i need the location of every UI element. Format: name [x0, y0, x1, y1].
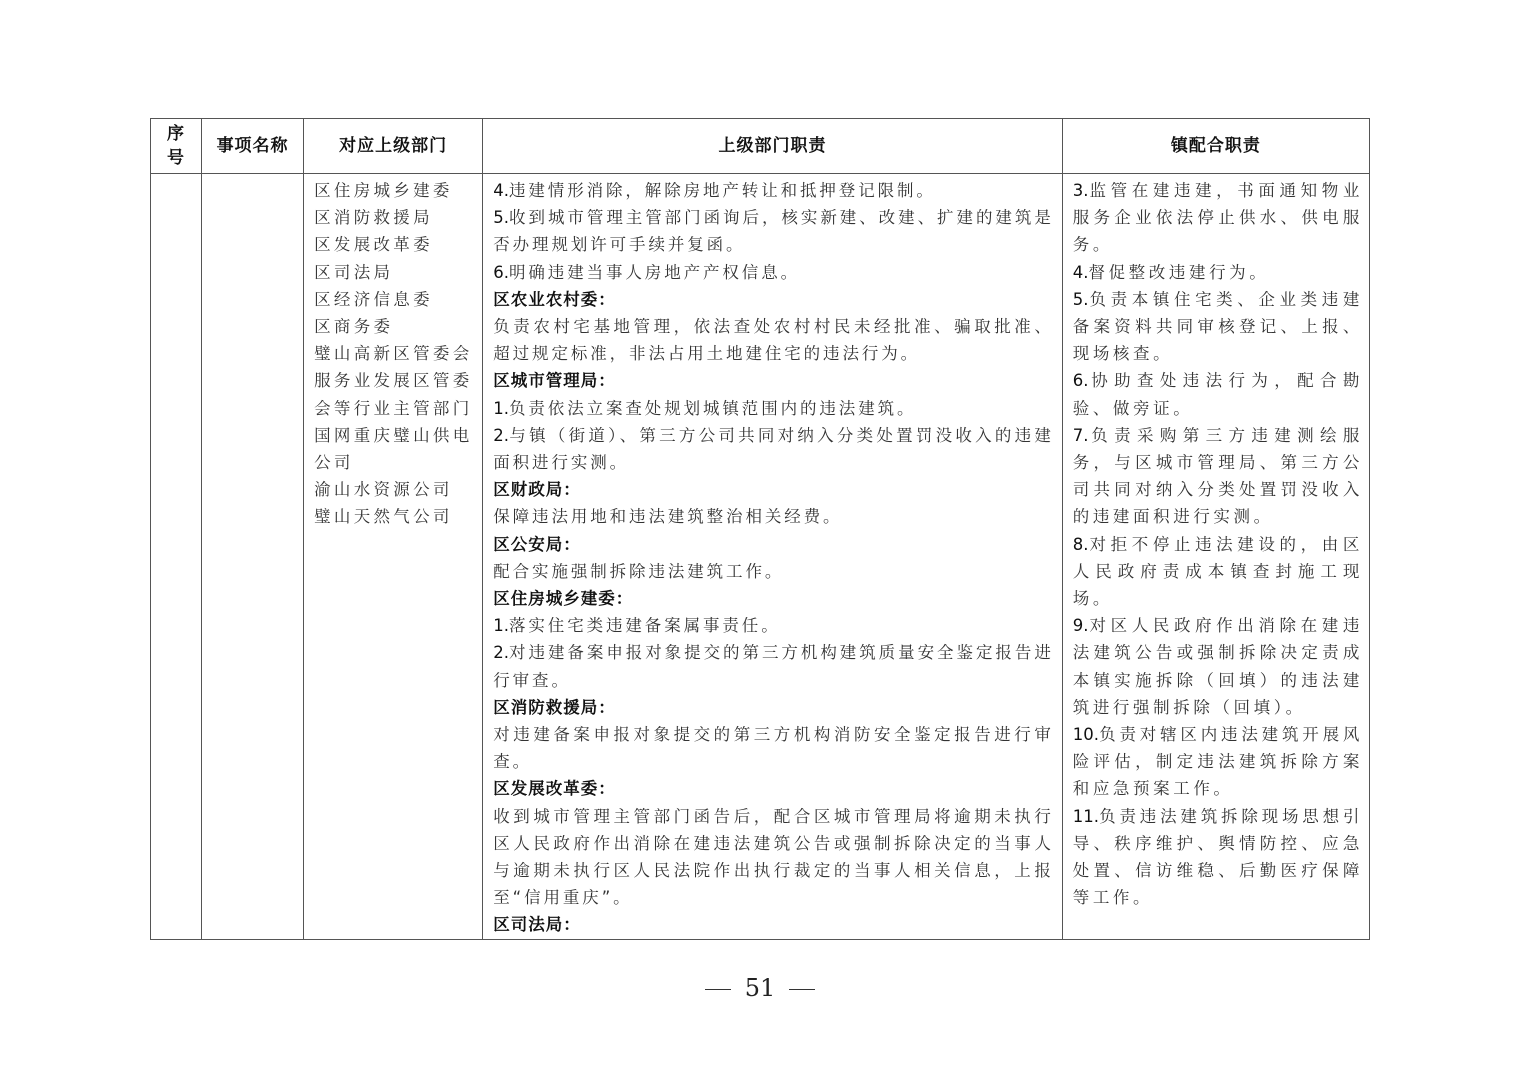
town-duty-item: 8.对拒不停止违法建设的，由区人民政府责成本镇查封施工现场。 [1073, 531, 1363, 613]
duty-item: 1.落实住宅类违建备案属事责任。 [493, 612, 1053, 639]
upper-dept-item: 渝山水资源公司 [314, 476, 474, 503]
upper-dept-item: 璧山天然气公司 [314, 503, 474, 530]
header-town-duty: 镇配合职责 [1062, 119, 1369, 174]
header-upper-duty: 上级部门职责 [483, 119, 1062, 174]
duty-item: 6.明确违建当事人房地产产权信息。 [493, 259, 1053, 286]
duty-number: 1. [493, 399, 509, 418]
town-duty-item: 10.负责对辖区内违法建筑开展风险评估，制定违法建筑拆除方案和应急预案工作。 [1073, 721, 1363, 803]
dept-heading: 区财政局： [493, 476, 1053, 503]
duty-table: 序 号 事项名称 对应上级部门 上级部门职责 镇配合职责 区住房城乡建委区消防救… [150, 118, 1370, 940]
duty-text: 对拒不停止违法建设的，由区人民政府责成本镇查封施工现场。 [1073, 535, 1363, 608]
duty-text: 督促整改违建行为。 [1088, 263, 1269, 282]
duty-text: 负责依法立案查处规划城镇范围内的违法建筑。 [509, 399, 916, 418]
dept-heading: 区公安局： [493, 531, 1053, 558]
dept-heading: 区消防救援局： [493, 694, 1053, 721]
duty-number: 1. [493, 616, 509, 635]
duty-number: 6. [493, 263, 509, 282]
cell-item-name [202, 174, 304, 940]
duty-item: 2.对违建备案申报对象提交的第三方机构建筑质量安全鉴定报告进行审查。 [493, 639, 1053, 693]
duty-text: 与镇（街道）、第三方公司共同对纳入分类处置罚没收入的违建面积进行实测。 [493, 426, 1053, 472]
upper-dept-list: 区住房城乡建委区消防救援局区发展改革委区司法局区经济信息委区商务委璧山高新区管委… [304, 174, 482, 531]
duty-text: 明确违建当事人房地产产权信息。 [509, 263, 800, 282]
duty-number: 5. [493, 208, 509, 227]
duty-number: 2. [493, 643, 509, 662]
duty-text: 违建情形消除，解除房地产转让和抵押登记限制。 [509, 181, 936, 200]
duty-item: 配合实施强制拆除违法建筑工作。 [493, 558, 1053, 585]
town-duty-item: 4.督促整改违建行为。 [1073, 259, 1363, 286]
upper-dept-item: 公司 [314, 449, 474, 476]
duty-number: 3. [1073, 181, 1089, 200]
duty-text: 负责对辖区内违法建筑开展风险评估，制定违法建筑拆除方案和应急预案工作。 [1073, 725, 1363, 798]
duty-item: 收到城市管理主管部门函告后，配合区城市管理局将逾期未执行区人民政府作出消除在建违… [493, 803, 1053, 912]
dept-heading: 区农业农村委： [493, 286, 1053, 313]
footer-dash-right [789, 989, 815, 990]
header-seq-line2: 号 [167, 148, 185, 168]
town-duty-item: 9.对区人民政府作出消除在建违法建筑公告或强制拆除决定责成本镇实施拆除（回填）的… [1073, 612, 1363, 721]
town-duty-list: 3.监管在建违建，书面通知物业服务企业依法停止供水、供电服务。4.督促整改违建行… [1063, 174, 1369, 911]
upper-duty-list: 4.违建情形消除，解除房地产转让和抵押登记限制。5.收到城市管理主管部门函询后，… [483, 174, 1061, 939]
duty-number: 4. [493, 181, 509, 200]
duty-text: 协助查处违法行为，配合勘验、做旁证。 [1073, 371, 1363, 417]
duty-item: 5.收到城市管理主管部门函询后，核实新建、改建、扩建的建筑是否办理规划许可手续并… [493, 204, 1053, 258]
duty-text: 收到城市管理主管部门函告后，配合区城市管理局将逾期未执行区人民政府作出消除在建违… [493, 807, 1053, 908]
duty-text: 对区人民政府作出消除在建违法建筑公告或强制拆除决定责成本镇实施拆除（回填）的违法… [1073, 616, 1363, 717]
cell-upper-duty: 4.违建情形消除，解除房地产转让和抵押登记限制。5.收到城市管理主管部门函询后，… [483, 174, 1062, 940]
duty-number: 6. [1073, 371, 1089, 390]
duty-text: 收到城市管理主管部门函询后，核实新建、改建、扩建的建筑是否办理规划许可手续并复函… [493, 208, 1053, 254]
header-item-name: 事项名称 [202, 119, 304, 174]
dept-heading: 区住房城乡建委： [493, 585, 1053, 612]
duty-number: 2. [493, 426, 509, 445]
duty-text: 监管在建违建，书面通知物业服务企业依法停止供水、供电服务。 [1073, 181, 1363, 254]
upper-dept-item: 服务业发展区管委 [314, 367, 474, 394]
town-duty-item: 6.协助查处违法行为，配合勘验、做旁证。 [1073, 367, 1363, 421]
cell-town-duty: 3.监管在建违建，书面通知物业服务企业依法停止供水、供电服务。4.督促整改违建行… [1062, 174, 1369, 940]
table-header-row: 序 号 事项名称 对应上级部门 上级部门职责 镇配合职责 [151, 119, 1370, 174]
duty-number: 4. [1073, 263, 1089, 282]
duty-item: 1.负责依法立案查处规划城镇范围内的违法建筑。 [493, 395, 1053, 422]
duty-text: 负责采购第三方违建测绘服务，与区城市管理局、第三方公司共同对纳入分类处置罚没收入… [1073, 426, 1363, 527]
duty-text: 负责违法建筑拆除现场思想引导、秩序维护、舆情防控、应急处置、信访维稳、后勤医疗保… [1073, 807, 1363, 908]
duty-number: 7. [1073, 426, 1089, 445]
page-number: 51 [745, 974, 776, 1002]
duty-number: 10. [1073, 725, 1099, 744]
duty-text: 保障违法用地和违法建筑整治相关经费。 [493, 507, 842, 526]
town-duty-item: 3.监管在建违建，书面通知物业服务企业依法停止供水、供电服务。 [1073, 177, 1363, 259]
upper-dept-item: 区司法局 [314, 259, 474, 286]
table-row: 区住房城乡建委区消防救援局区发展改革委区司法局区经济信息委区商务委璧山高新区管委… [151, 174, 1370, 940]
duty-number: 5. [1073, 290, 1089, 309]
header-upper-dept: 对应上级部门 [304, 119, 483, 174]
duty-item: 对违建备案申报对象提交的第三方机构消防安全鉴定报告进行审查。 [493, 721, 1053, 775]
upper-dept-item: 会等行业主管部门 [314, 395, 474, 422]
upper-dept-item: 区发展改革委 [314, 231, 474, 258]
town-duty-item: 7.负责采购第三方违建测绘服务，与区城市管理局、第三方公司共同对纳入分类处置罚没… [1073, 422, 1363, 531]
upper-dept-item: 国网重庆璧山供电 [314, 422, 474, 449]
page-footer: 51 [0, 974, 1520, 1002]
dept-heading: 区发展改革委： [493, 775, 1053, 802]
dept-heading: 区司法局： [493, 911, 1053, 938]
footer-dash-left [705, 989, 731, 990]
duty-text: 负责农村宅基地管理，依法查处农村村民未经批准、骗取批准、超过规定标准，非法占用土… [493, 317, 1053, 363]
upper-dept-item: 区经济信息委 [314, 286, 474, 313]
upper-dept-item: 区商务委 [314, 313, 474, 340]
town-duty-item: 11.负责违法建筑拆除现场思想引导、秩序维护、舆情防控、应急处置、信访维稳、后勤… [1073, 803, 1363, 912]
duty-text: 负责本镇住宅类、企业类违建备案资料共同审核登记、上报、现场核查。 [1073, 290, 1363, 363]
dept-heading: 区城市管理局： [493, 367, 1053, 394]
duty-item: 4.违建情形消除，解除房地产转让和抵押登记限制。 [493, 177, 1053, 204]
header-seq: 序 号 [151, 119, 202, 174]
cell-seq [151, 174, 202, 940]
town-duty-item: 5.负责本镇住宅类、企业类违建备案资料共同审核登记、上报、现场核查。 [1073, 286, 1363, 368]
upper-dept-item: 区消防救援局 [314, 204, 474, 231]
duty-item: 保障违法用地和违法建筑整治相关经费。 [493, 503, 1053, 530]
upper-dept-item: 区住房城乡建委 [314, 177, 474, 204]
duty-text: 落实住宅类违建备案属事责任。 [509, 616, 781, 635]
duty-text: 对违建备案申报对象提交的第三方机构消防安全鉴定报告进行审查。 [493, 725, 1053, 771]
duty-number: 9. [1073, 616, 1089, 635]
duty-text: 对违建备案申报对象提交的第三方机构建筑质量安全鉴定报告进行审查。 [493, 643, 1053, 689]
header-seq-line1: 序 [167, 124, 185, 144]
cell-upper-dept: 区住房城乡建委区消防救援局区发展改革委区司法局区经济信息委区商务委璧山高新区管委… [304, 174, 483, 940]
duty-number: 11. [1073, 807, 1099, 826]
duty-item: 2.与镇（街道）、第三方公司共同对纳入分类处置罚没收入的违建面积进行实测。 [493, 422, 1053, 476]
upper-dept-item: 璧山高新区管委会 [314, 340, 474, 367]
document-page: 序 号 事项名称 对应上级部门 上级部门职责 镇配合职责 区住房城乡建委区消防救… [0, 0, 1520, 1074]
duty-number: 8. [1073, 535, 1089, 554]
duty-text: 配合实施强制拆除违法建筑工作。 [493, 562, 784, 581]
duty-item: 负责农村宅基地管理，依法查处农村村民未经批准、骗取批准、超过规定标准，非法占用土… [493, 313, 1053, 367]
